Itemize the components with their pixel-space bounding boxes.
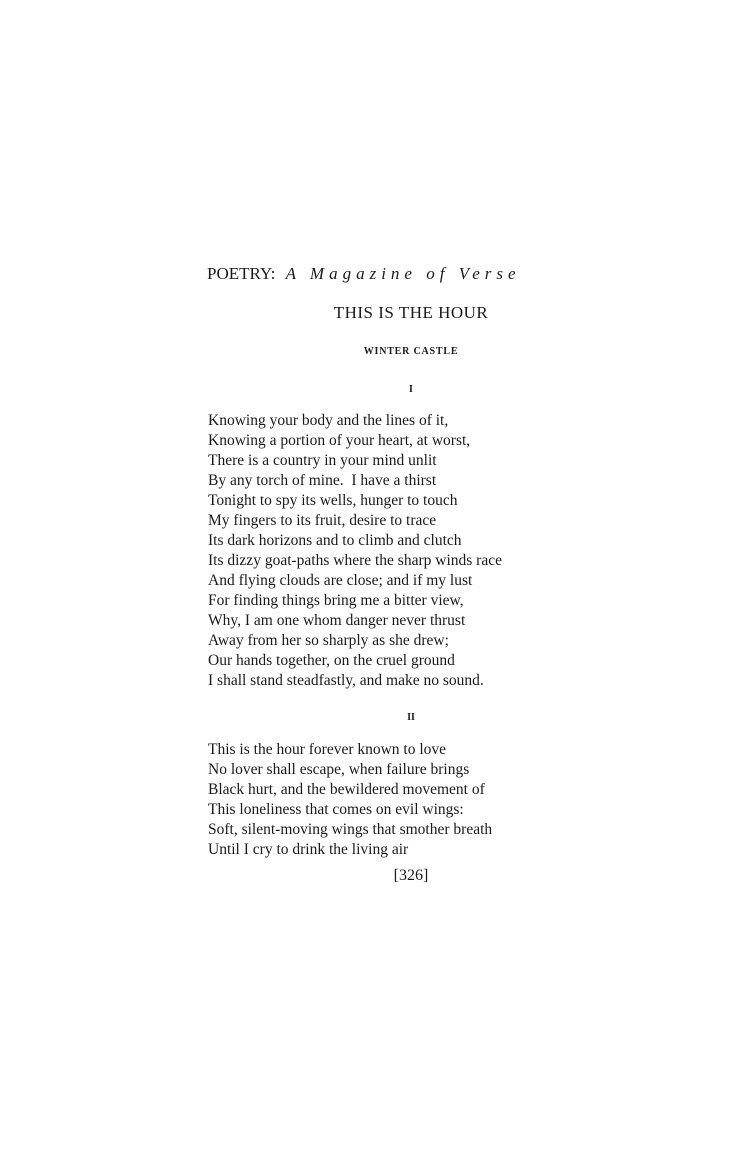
poem-title: WINTER CASTLE [0, 346, 750, 357]
document-page: POETRY: A Magazine of Verse THIS IS THE … [0, 0, 750, 1153]
poem-line: This is the hour forever known to love [208, 740, 492, 760]
poem-line: Why, I am one whom danger never thrust [208, 611, 502, 631]
poem-line: And flying clouds are close; and if my l… [208, 571, 502, 591]
poem-line: My fingers to its fruit, desire to trace [208, 511, 502, 531]
poem-line: Knowing your body and the lines of it, [208, 411, 502, 431]
poem-line: Until I cry to drink the living air [208, 840, 492, 860]
poem-line: I shall stand steadfastly, and make no s… [208, 671, 502, 691]
poem-line: Its dizzy goat-paths where the sharp win… [208, 551, 502, 571]
poem-line: No lover shall escape, when failure brin… [208, 760, 492, 780]
running-head: POETRY: A Magazine of Verse [207, 264, 521, 284]
journal-subtitle: A Magazine of Verse [286, 264, 521, 283]
poem-line: Black hurt, and the bewildered movement … [208, 780, 492, 800]
poem-line: Its dark horizons and to climb and clutc… [208, 531, 502, 551]
journal-name: POETRY: [207, 264, 275, 283]
stanza-2: This is the hour forever known to love N… [208, 740, 492, 860]
section-numeral: II [0, 712, 750, 723]
poem-line: Knowing a portion of your heart, at wors… [208, 431, 502, 451]
poem-line: There is a country in your mind unlit [208, 451, 502, 471]
page-title: THIS IS THE HOUR [0, 303, 750, 323]
poem-line: For finding things bring me a bitter vie… [208, 591, 502, 611]
poem-line: Soft, silent-moving wings that smother b… [208, 820, 492, 840]
poem-line: This loneliness that comes on evil wings… [208, 800, 492, 820]
poem-line: Our hands together, on the cruel ground [208, 651, 502, 671]
section-numeral: I [0, 384, 750, 395]
stanza-1: Knowing your body and the lines of it, K… [208, 411, 502, 691]
poem-line: Tonight to spy its wells, hunger to touc… [208, 491, 502, 511]
poem-line: By any torch of mine. I have a thirst [208, 471, 502, 491]
page-number: [326] [0, 867, 750, 885]
poem-line: Away from her so sharply as she drew; [208, 631, 502, 651]
